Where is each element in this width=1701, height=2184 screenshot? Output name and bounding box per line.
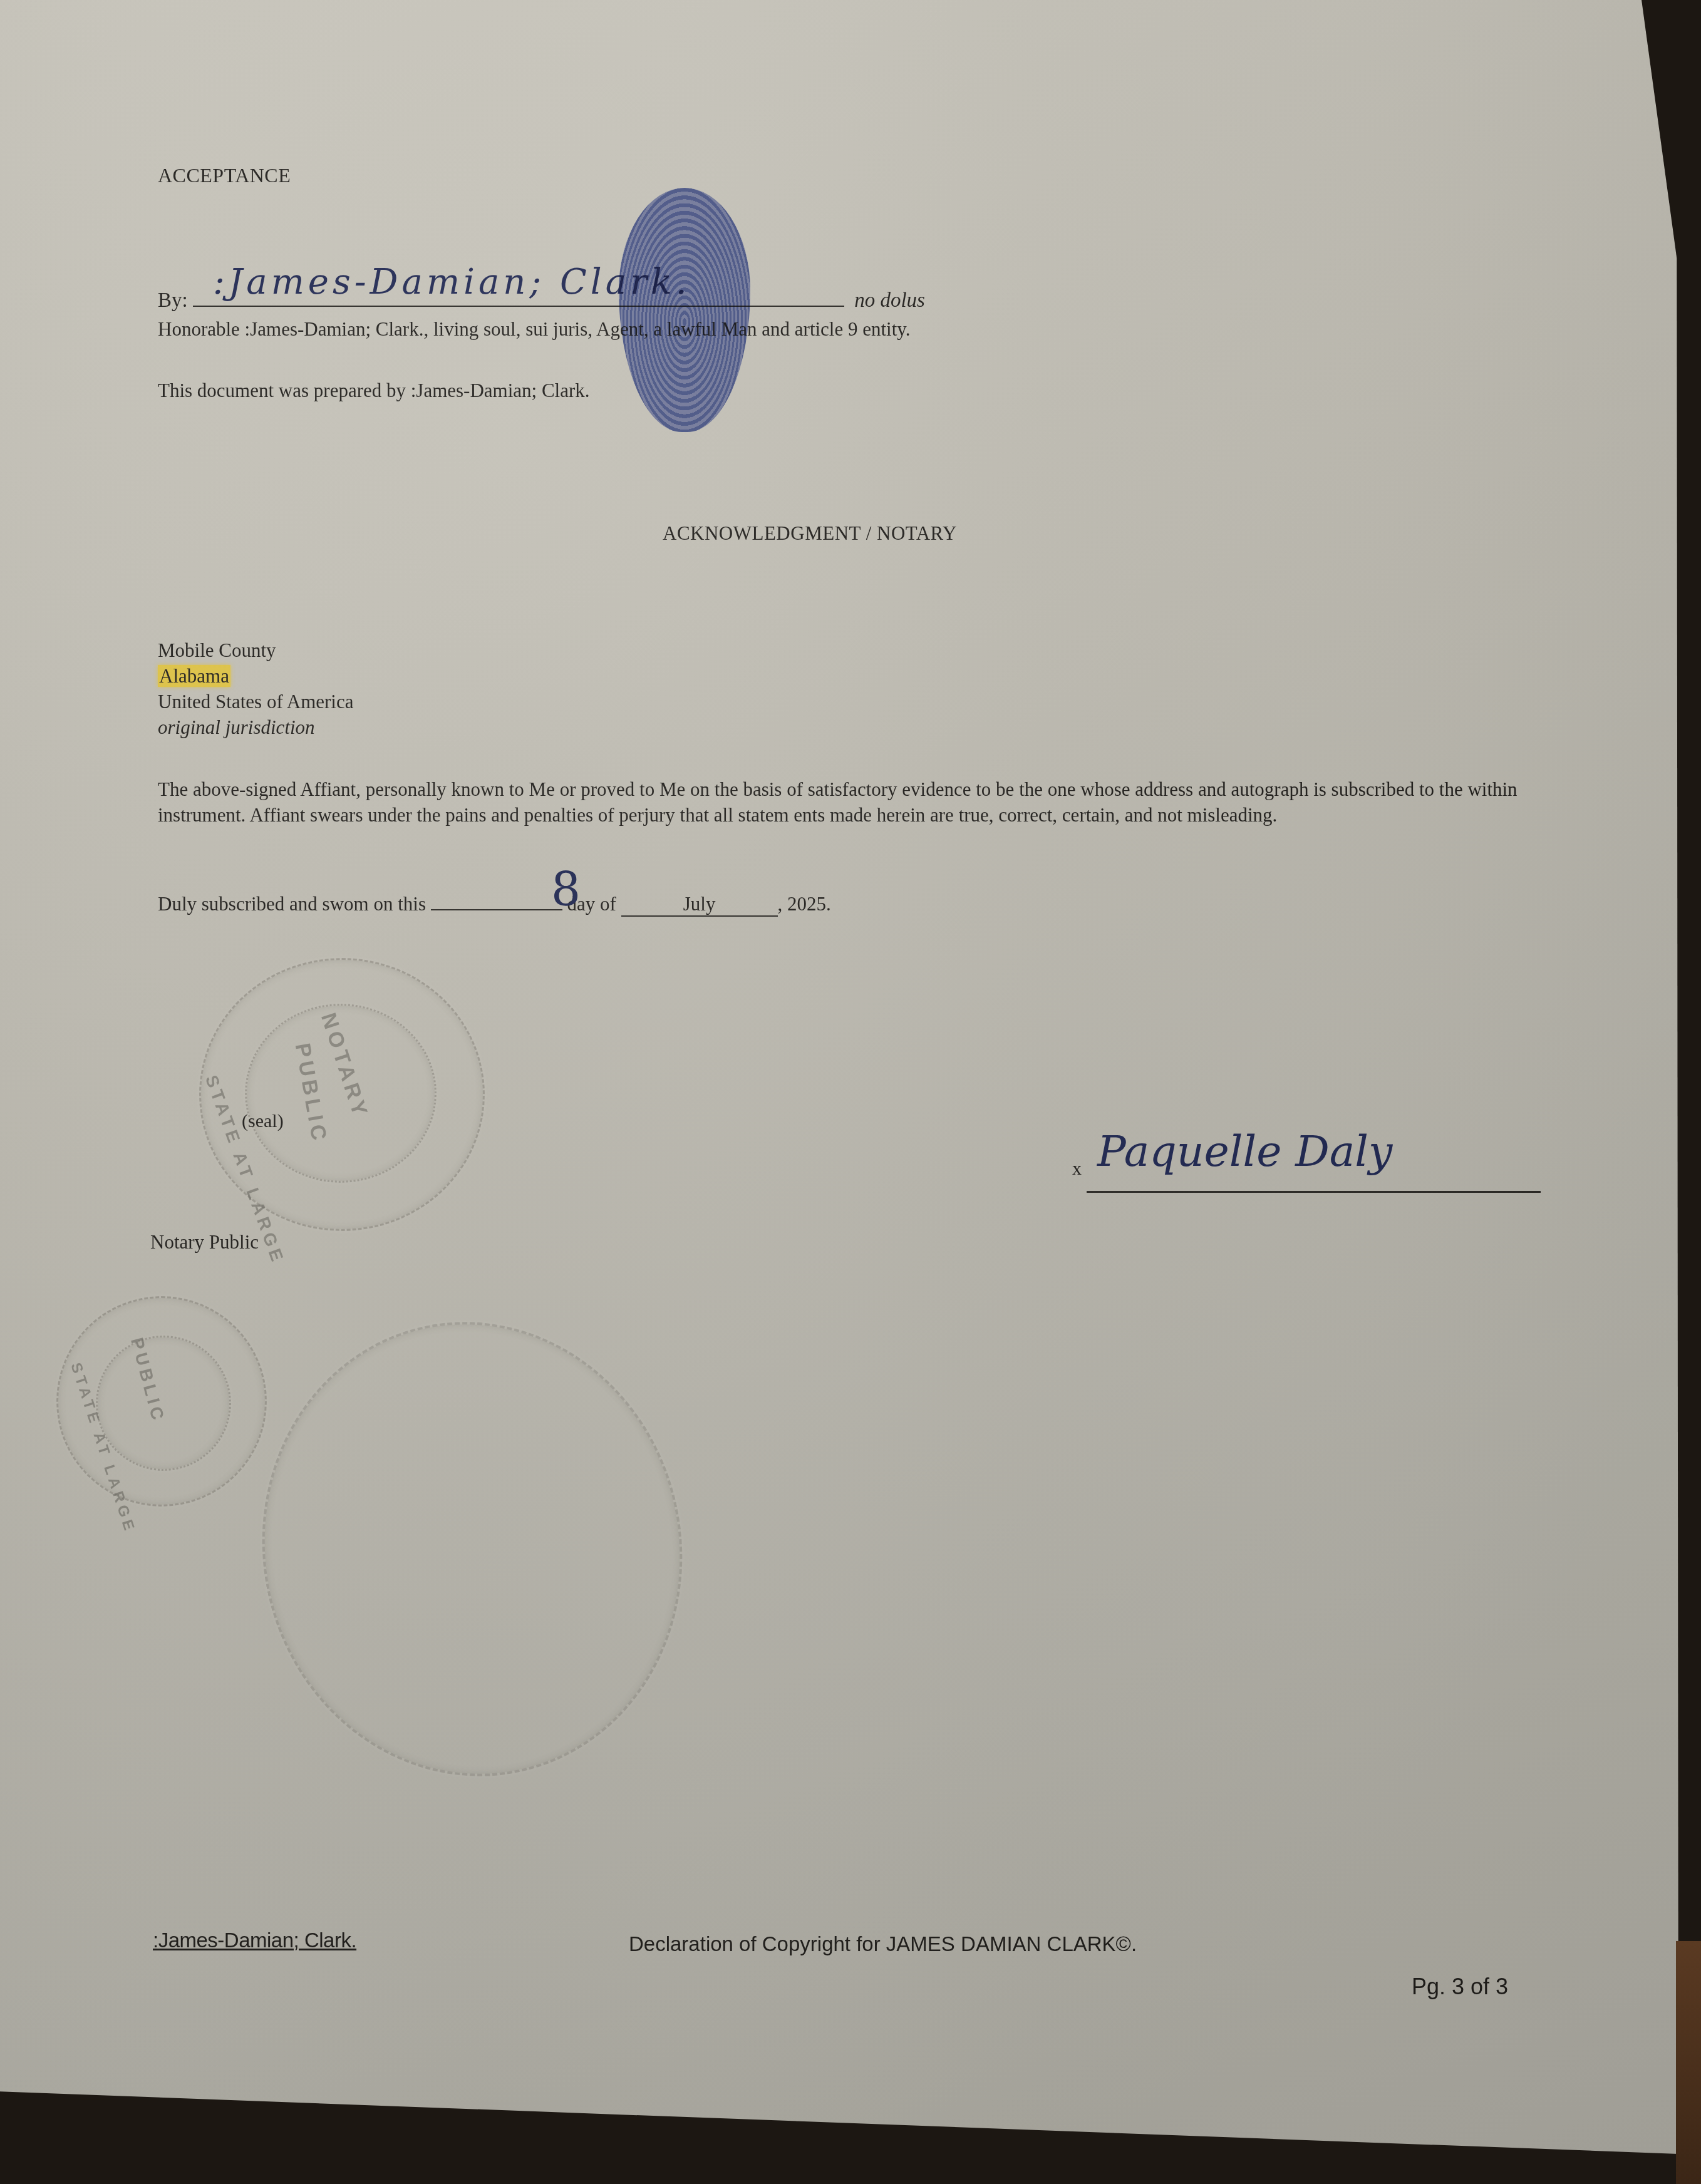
acknowledgment-heading: ACKNOWLEDGMENT / NOTARY <box>663 522 957 545</box>
notary-signature: Paquelle Daly <box>1097 1127 1392 1177</box>
by-label: By: <box>158 289 188 312</box>
county: Mobile County <box>158 637 354 663</box>
background-surface <box>1676 1941 1701 2184</box>
faint-seal-impression <box>220 1283 725 1816</box>
seal-2-text-state: STATE AT LARGE <box>66 1361 138 1536</box>
footer-author: :James-Damian; Clark. <box>153 1929 356 1952</box>
acceptance-heading: ACCEPTANCE <box>158 164 291 187</box>
month-value: July <box>683 893 716 915</box>
notary-seal-2-inner-ring <box>96 1336 231 1471</box>
jurisdiction-block: Mobile County Alabama United States of A… <box>158 637 354 740</box>
state-highlighted: Alabama <box>158 665 230 687</box>
by-line: By: no dolus <box>158 283 925 312</box>
day-of-label: day of <box>567 893 616 915</box>
day-field <box>431 890 562 910</box>
prepared-by-line: This document was prepared by :James-Dam… <box>158 379 590 402</box>
seal-2-text-public: PUBLIC <box>127 1336 168 1426</box>
document-page: ACCEPTANCE By: no dolus :James-Damian; C… <box>0 0 1678 2154</box>
sworn-prefix: Duly subscribed and swom on this <box>158 893 426 915</box>
by-signature-line <box>193 283 844 307</box>
day-handwritten: 8 <box>551 863 581 917</box>
affirmation-paragraph: The above-signed Affiant, personally kno… <box>158 776 1548 828</box>
honorable-line: Honorable :James-Damian; Clark., living … <box>158 318 911 341</box>
thumbprint-icon <box>619 188 750 432</box>
signature-x-mark: x <box>1072 1158 1082 1180</box>
seal-label: (seal) <box>242 1111 284 1132</box>
notary-seal-emboss-2: PUBLIC STATE AT LARGE <box>56 1296 267 1507</box>
notary-signature-line <box>1087 1191 1541 1193</box>
country: United States of America <box>158 689 354 714</box>
seal-text-state-at-large: STATE AT LARGE <box>201 1073 288 1267</box>
sworn-line: Duly subscribed and swom on this day of … <box>158 890 831 917</box>
notary-public-label: Notary Public <box>150 1231 259 1254</box>
no-dolus-text: no dolus <box>854 289 925 312</box>
footer-title: Declaration of Copyright for JAMES DAMIA… <box>629 1932 1137 1956</box>
jurisdiction-type: original jurisdiction <box>158 714 354 740</box>
year-suffix: , 2025. <box>778 893 831 915</box>
seal-text-notary: NOTARY <box>316 1010 373 1122</box>
seal-text-public: PUBLIC <box>290 1041 332 1146</box>
month-field: July <box>621 893 778 917</box>
page-number: Pg. 3 of 3 <box>1412 1974 1508 2000</box>
notary-seal-inner-ring <box>245 1004 437 1183</box>
notary-seal-emboss: NOTARY PUBLIC STATE AT LARGE <box>199 958 485 1231</box>
affiant-signature: :James-Damian; Clark. <box>213 262 691 302</box>
